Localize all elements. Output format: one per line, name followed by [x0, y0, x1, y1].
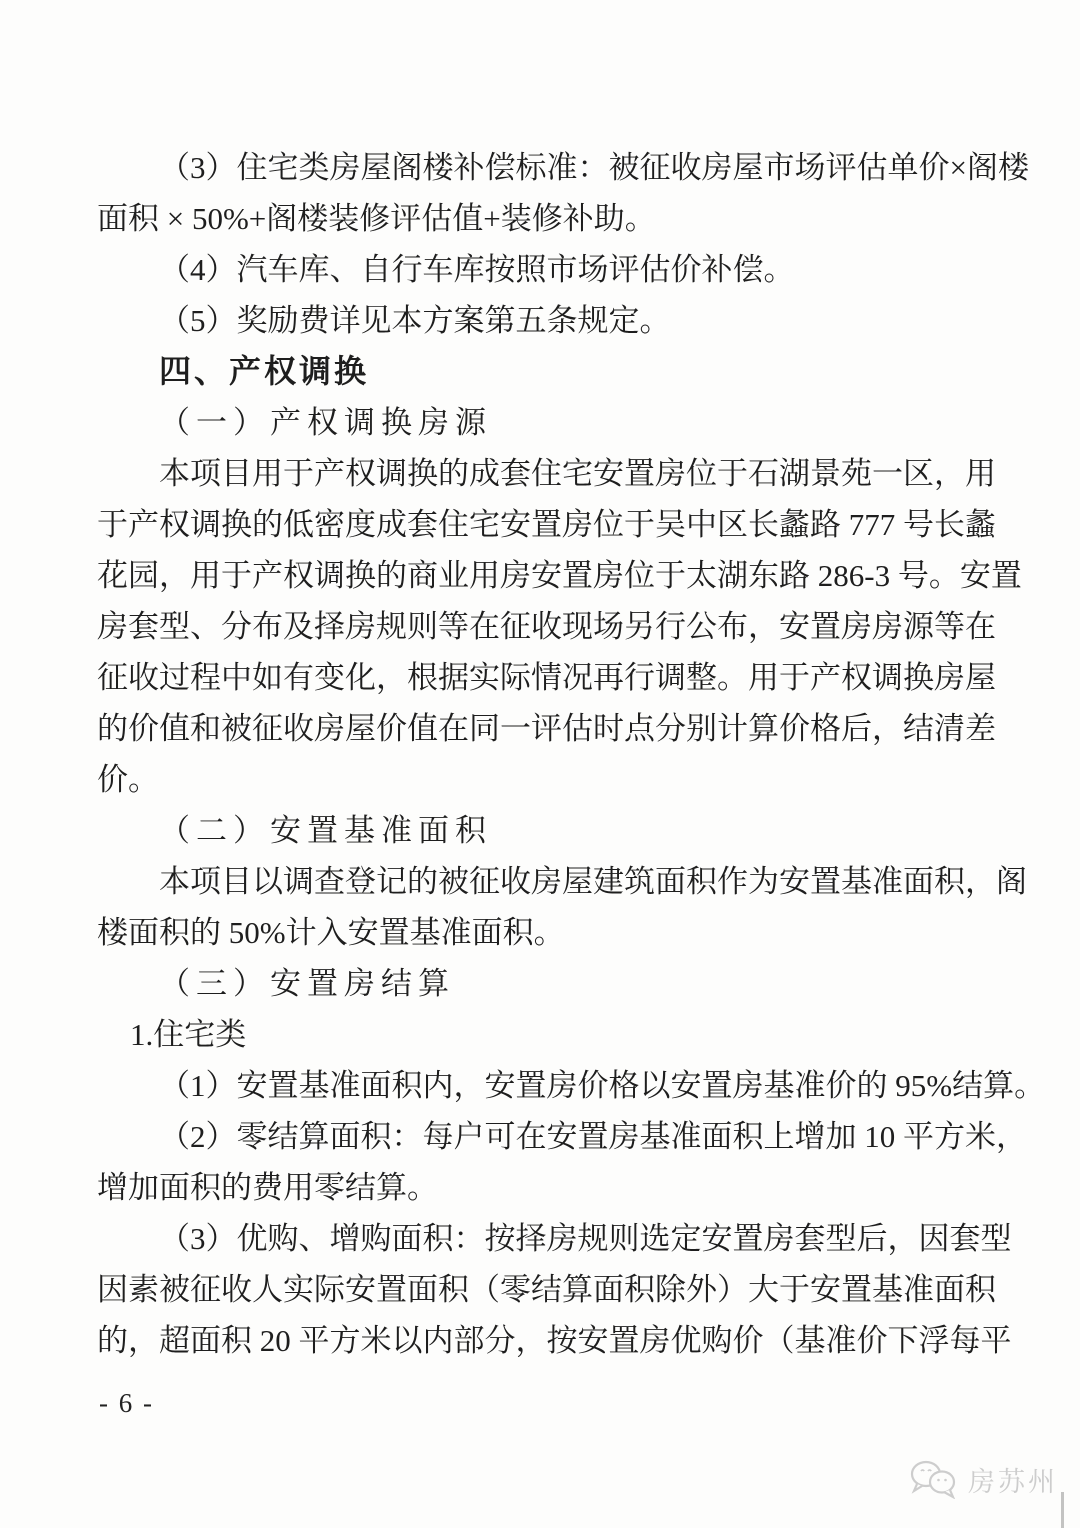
- text-line-content: （一）产权调换房源: [159, 405, 492, 440]
- text-line-content: 本项目以调查登记的被征收房屋建筑面积作为安置基准面积，阁: [159, 864, 1027, 899]
- text-line-content: （3）优购、增购面积：按择房规则选定安置房套型后，因套型: [159, 1221, 1012, 1256]
- text-line-content: 本项目用于产权调换的成套住宅安置房位于石湖景苑一区，用: [159, 456, 996, 491]
- text-line: 房套型、分布及择房规则等在征收现场另行公布，安置房房源等在: [97, 601, 981, 652]
- text-line: （5）奖励费详见本方案第五条规定。: [97, 295, 981, 346]
- text-line: 因素被征收人实际安置面积（零结算面积除外）大于安置基准面积: [97, 1264, 981, 1315]
- text-line: 于产权调换的低密度成套住宅安置房位于吴中区长蠡路 777 号长蠡: [97, 499, 981, 550]
- page-number: - 6 -: [99, 1386, 154, 1420]
- text-line-content: 面积 × 50%+阁楼装修评估值+装修补助。: [97, 201, 656, 236]
- watermark-text: 房苏州: [968, 1460, 1058, 1499]
- text-line: （一）产权调换房源: [97, 397, 981, 448]
- text-line: 1.住宅类: [97, 1009, 981, 1060]
- text-line: 四、产权调换: [97, 346, 981, 397]
- text-line-content: 征收过程中如有变化，根据实际情况再行调整。用于产权调换房屋: [97, 660, 996, 695]
- text-line-content: 四、产权调换: [159, 353, 369, 389]
- text-line-content: 花园，用于产权调换的商业用房安置房位于太湖东路 286-3 号。安置: [97, 558, 1022, 593]
- text-line: （4）汽车库、自行车库按照市场评估价补偿。: [97, 244, 981, 295]
- text-line-content: 增加面积的费用零结算。: [97, 1170, 438, 1205]
- text-line-content: （2）零结算面积：每户可在安置房基准面积上增加 10 平方米，: [159, 1119, 1027, 1154]
- text-line: （2）零结算面积：每户可在安置房基准面积上增加 10 平方米，: [97, 1111, 981, 1162]
- text-line-content: 于产权调换的低密度成套住宅安置房位于吴中区长蠡路 777 号长蠡: [97, 507, 996, 542]
- text-line-content: （二）安置基准面积: [159, 813, 492, 848]
- text-line: 楼面积的 50%计入安置基准面积。: [97, 907, 981, 958]
- text-line-content: 房套型、分布及择房规则等在征收现场另行公布，安置房房源等在: [97, 609, 996, 644]
- text-line: （3）优购、增购面积：按择房规则选定安置房套型后，因套型: [97, 1213, 981, 1264]
- text-line: 本项目用于产权调换的成套住宅安置房位于石湖景苑一区，用: [97, 448, 981, 499]
- document-page: （3）住宅类房屋阁楼补偿标准：被征收房屋市场评估单价×阁楼面积 × 50%+阁楼…: [0, 0, 1080, 1528]
- text-line: 花园，用于产权调换的商业用房安置房位于太湖东路 286-3 号。安置: [97, 550, 981, 601]
- text-line-content: （4）汽车库、自行车库按照市场评估价补偿。: [159, 252, 795, 287]
- text-line-content: （1）安置基准面积内，安置房价格以安置房基准价的 95%结算。: [159, 1068, 1045, 1103]
- text-line: （二）安置基准面积: [97, 805, 981, 856]
- text-line-content: 1.住宅类: [130, 1017, 246, 1052]
- text-line: 面积 × 50%+阁楼装修评估值+装修补助。: [97, 193, 981, 244]
- text-line: （三）安置房结算: [97, 958, 981, 1009]
- watermark: 房苏州: [908, 1456, 1068, 1502]
- wechat-icon: [908, 1459, 960, 1499]
- scan-artifact-line: [1061, 1492, 1064, 1528]
- text-line: 征收过程中如有变化，根据实际情况再行调整。用于产权调换房屋: [97, 652, 981, 703]
- text-line: 增加面积的费用零结算。: [97, 1162, 981, 1213]
- text-line-content: 的价值和被征收房屋价值在同一评估时点分别计算价格后，结清差: [97, 711, 996, 746]
- text-line-content: （5）奖励费详见本方案第五条规定。: [159, 303, 671, 338]
- text-line-content: （三）安置房结算: [159, 966, 455, 1001]
- text-line: 的，超面积 20 平方米以内部分，按安置房优购价（基准价下浮每平: [97, 1315, 981, 1366]
- text-line: （1）安置基准面积内，安置房价格以安置房基准价的 95%结算。: [97, 1060, 981, 1111]
- text-line: 本项目以调查登记的被征收房屋建筑面积作为安置基准面积，阁: [97, 856, 981, 907]
- document-text-block: （3）住宅类房屋阁楼补偿标准：被征收房屋市场评估单价×阁楼面积 × 50%+阁楼…: [97, 142, 981, 1366]
- text-line: （3）住宅类房屋阁楼补偿标准：被征收房屋市场评估单价×阁楼: [97, 142, 981, 193]
- text-line-content: 的，超面积 20 平方米以内部分，按安置房优购价（基准价下浮每平: [97, 1323, 1012, 1358]
- text-line: 价。: [97, 754, 981, 805]
- text-line: 的价值和被征收房屋价值在同一评估时点分别计算价格后，结清差: [97, 703, 981, 754]
- text-line-content: 因素被征收人实际安置面积（零结算面积除外）大于安置基准面积: [97, 1272, 996, 1307]
- text-line-content: 楼面积的 50%计入安置基准面积。: [97, 915, 565, 950]
- text-line-content: （3）住宅类房屋阁楼补偿标准：被征收房屋市场评估单价×阁楼: [159, 150, 1029, 185]
- text-line-content: 价。: [97, 762, 159, 797]
